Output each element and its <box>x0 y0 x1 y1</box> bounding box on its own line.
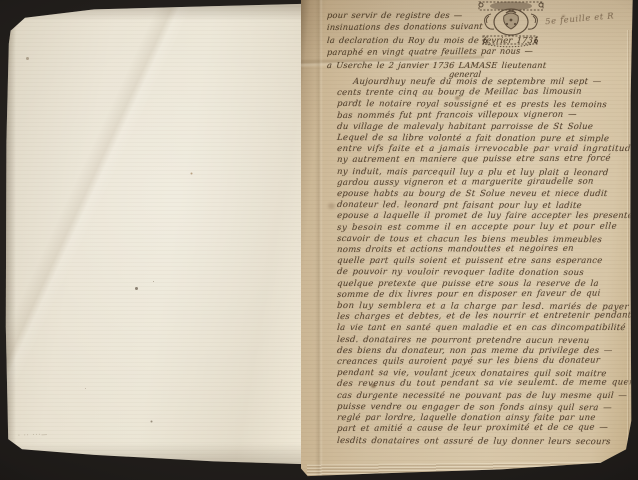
manuscript-line: des revenus du tout pendant sa vie seule… <box>337 378 630 391</box>
manuscript-line: du village de malevaly habitant parroiss… <box>337 122 630 133</box>
manuscript-line: part et amitié a cause de leur proximité… <box>337 423 630 436</box>
manuscript-line: quelle part quils soient et puissent etr… <box>337 256 630 267</box>
manuscript-line: sy besoin est comme il en accepte pour l… <box>337 221 630 234</box>
manuscript-line: epouse habts au bourg de St Solue neveu … <box>337 189 630 200</box>
left-blank-page: · ·· ···— <box>4 2 304 466</box>
right-manuscript-page: pour servir de registre des —insinuation… <box>301 0 634 478</box>
manuscript-line: bas nommés fut pnt francois villepoux vi… <box>337 109 630 122</box>
manuscript-line: somme de dix livres pour en disposer en … <box>337 288 630 301</box>
manuscript-line: creances quils auroient payé sur les bie… <box>337 356 630 369</box>
paper-specks <box>26 57 29 60</box>
page-stack-edges-right <box>627 30 632 462</box>
manuscript-scan: · ·· ···— pour servir de registre des —i… <box>0 0 638 480</box>
deed-body-text: Aujourdhuy neufe du mois de septembre mi… <box>337 77 629 447</box>
manuscript-line: noms droits et actions mandouttes et neg… <box>337 244 630 257</box>
royal-generalite-stamp-icon <box>473 0 549 50</box>
manuscript-line: gardou aussy vigneron et a marguerite gi… <box>337 176 630 189</box>
manuscript-line: cents trente cinq au bourg de Meillac ba… <box>337 87 630 100</box>
manuscript-line: la vie tant en santé quen maladie et en … <box>337 323 630 334</box>
manuscript-line: lesdits donataires ont assuré de luy don… <box>337 436 630 448</box>
gutter-crease <box>315 0 323 478</box>
manuscript-line: ny autrement en maniere que puisse etre … <box>337 154 630 167</box>
manuscript-line: cas durgente necessité ne pouvant pas de… <box>337 391 630 402</box>
page-stack-edges-bottom <box>307 462 622 477</box>
marginal-pencil-mark: · ·· ···— <box>18 431 48 439</box>
manuscript-line: les charges et debtes, et de les nourrir… <box>337 311 630 324</box>
